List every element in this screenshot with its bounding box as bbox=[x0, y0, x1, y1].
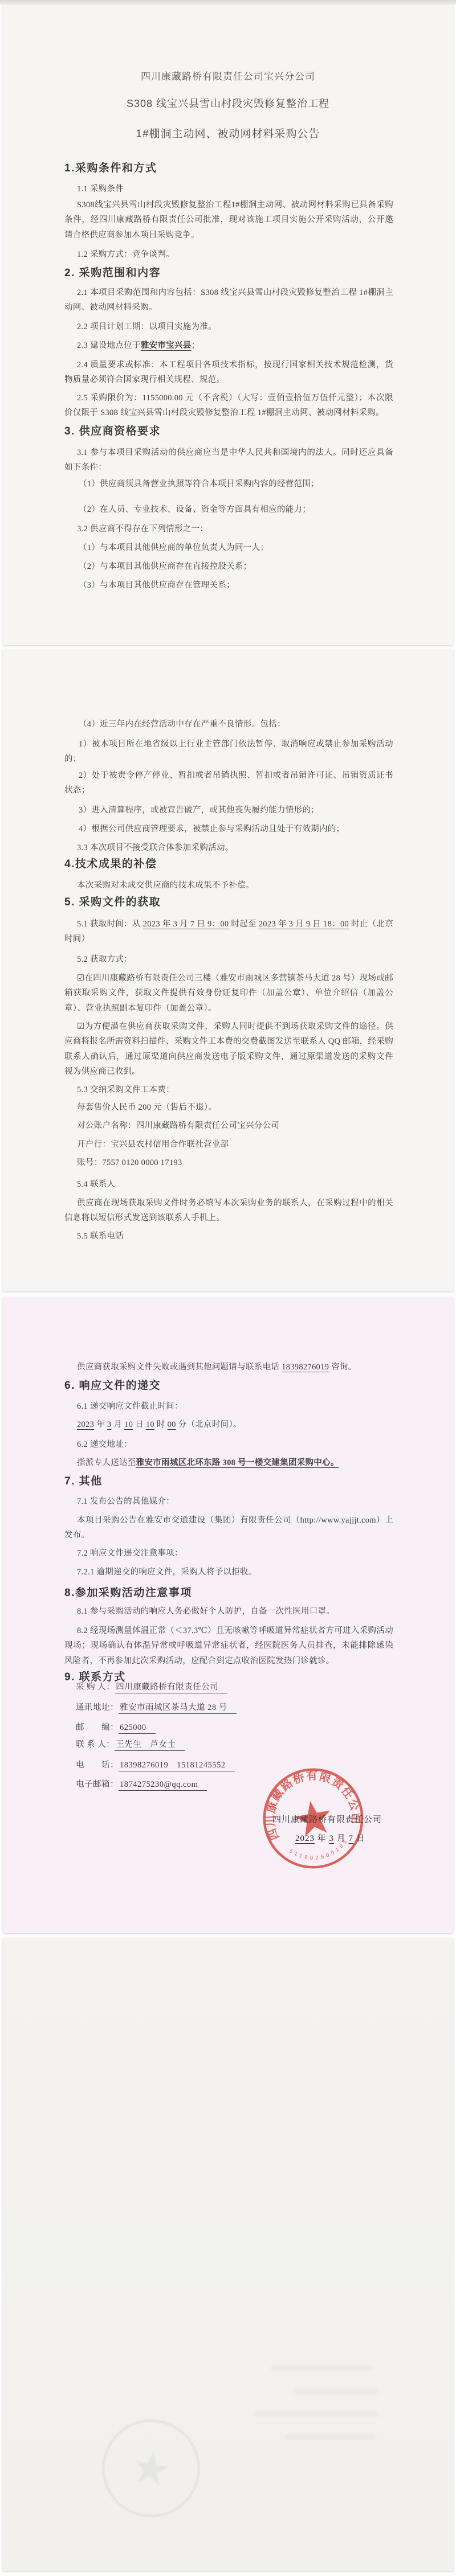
clause-3-2-item-3: （3）与本项目其他供应商存在管理关系； bbox=[64, 578, 393, 593]
clause-3-1-item-1: （1）供应商须具备营业执照等符合本项目采购内容的经营范围； bbox=[64, 477, 393, 492]
submission-address: 指派专人送达至雅安市雨城区北环东路 308 号一楼交建集团采购中心。 bbox=[64, 1455, 393, 1471]
sign-sep: 月 bbox=[334, 1834, 349, 1843]
hotline-number: 18398276019 bbox=[282, 1363, 329, 1372]
signature-company: 四川康藏路桥有限责任公司 bbox=[272, 1813, 382, 1825]
sign-sep: 日 bbox=[353, 1834, 365, 1843]
deadline-suffix: 分（北京时间）。 bbox=[176, 1420, 242, 1429]
construction-location: 雅安市宝兴县 bbox=[141, 341, 192, 350]
clause-8-1: 8.1 参与采购活动的响应人务必做好个人防护，自备一次性医用口罩。 bbox=[64, 1604, 393, 1619]
clause-2-5: 2.5 采购限价为：1155000.00 元（不含税）（大写：壹佰壹拾伍万伍仟元… bbox=[64, 391, 393, 421]
deadline-hour: 10 bbox=[146, 1420, 154, 1429]
document-fee: 每套售价人民币 200 元（售后不退）。 bbox=[64, 1100, 393, 1115]
email-value: 1874275230@qq.com bbox=[119, 1780, 207, 1791]
scanner-edge-strip bbox=[0, 0, 456, 5]
notice-title: 1#棚洞主动网、被动网材料采购公告 bbox=[3, 125, 453, 141]
hotline-suffix: 咨询。 bbox=[329, 1363, 356, 1372]
submission-deadline: 2023 年 3 月 10 日 10 时 00 分（北京时间）。 bbox=[64, 1417, 393, 1433]
bleed-through-smudge bbox=[294, 2389, 379, 2394]
clause-5-4-paragraph: 供应商在现场获取采购文件时务必填写本次采购业务的联系人，在采购过程中的相关信息将… bbox=[64, 1196, 393, 1226]
clause-3-2-item-4-sub-1: 1）被本项目所在地省级以上行业主管部门依法暂停、取消响应或禁止参加采购活动的； bbox=[64, 737, 393, 767]
deadline-sep: 日 bbox=[133, 1420, 146, 1429]
sign-day: 7 bbox=[349, 1834, 354, 1843]
section-5-heading: 5. 采购文件的获取 bbox=[64, 893, 161, 909]
address-value: 雅安市雨城区北环东路 308 号一楼交建集团采购中心。 bbox=[136, 1458, 339, 1467]
project-title: S308 线宝兴县雪山村段灾毁修复整治工程 bbox=[3, 96, 453, 110]
buyer-value: 四川康藏路桥有限责任公司 bbox=[115, 1683, 227, 1693]
deadline-sep: 月 bbox=[111, 1420, 124, 1429]
section-7-heading: 7. 其他 bbox=[64, 1472, 103, 1488]
clause-5-1: 5.1 获取时间：从 2023 年 3 月 7 日 9：00 时起至 2023 … bbox=[64, 917, 393, 947]
section-8-heading: 8.参加采购活动注意事项 bbox=[64, 1584, 192, 1599]
clause-7-1-paragraph: 本项目采购公告在雅安市交通建设（集团）有限责任公司（http://www.yaj… bbox=[64, 1513, 393, 1543]
option-2-text: 为方便潜在供应商获取采购文件，采购人同时提供不到场获取采购文件的途径。供应商将报… bbox=[64, 1022, 393, 1077]
checkbox-checked-icon: ☑ bbox=[77, 1022, 84, 1031]
obtain-start-time: 2023 年 3 月 7 日 9：00 bbox=[143, 920, 229, 929]
account-number: 账号：7557 0120 0000 17193 bbox=[64, 1155, 393, 1171]
contact-tel-row: 电 话：18398276019 15181245552 bbox=[76, 1758, 235, 1770]
deadline-minute: 00 bbox=[168, 1420, 176, 1429]
clause-8-2: 8.2 经现场测量体温正常（＜37.3℃）且无咳嗽等呼吸道异常症状者方可进入采购… bbox=[64, 1623, 393, 1669]
clause-5-4: 5.4 联系人 bbox=[64, 1177, 393, 1192]
obtain-time-middle: 时起至 bbox=[229, 920, 258, 929]
bleed-through-stamp bbox=[97, 2414, 205, 2522]
section-1-heading: 1.采购条件和方式 bbox=[64, 159, 157, 175]
clause-5-2: 5.2 获取方式： bbox=[64, 952, 393, 967]
checkbox-checked-icon: ☑ bbox=[77, 974, 84, 983]
person-value: 王先生 芦女士 bbox=[115, 1740, 185, 1751]
clause-3-2-item-2: （2）与本项目其他供应商存在直接控股关系； bbox=[64, 559, 393, 575]
obtain-end-time: 2023 年 3 月 9 日 18：00 bbox=[259, 920, 349, 929]
bank-name: 开户行：宝兴县农村信用合作联社营业部 bbox=[64, 1137, 393, 1152]
clause-2-3-prefix: 2.3 建设地点位于 bbox=[77, 341, 141, 350]
obtain-time-prefix: 5.1 获取时间：从 bbox=[77, 920, 143, 929]
clause-5-2-option-1: ☑在四川康藏路桥有限责任公司三楼（雅安市雨城区多营镇茶马大道 28 号）现场或邮… bbox=[64, 971, 393, 1016]
zip-value: 625000 bbox=[119, 1723, 156, 1734]
clause-3-3: 3.3 本次项目不接受联合体参加采购活动。 bbox=[64, 840, 393, 856]
deadline-year: 2023 bbox=[77, 1420, 94, 1429]
bleed-through-smudge bbox=[254, 2411, 379, 2417]
clause-3-1: 3.1 参与本项目采购活动的供应商应当是中华人民共和国境内的法人。同时还应具备如… bbox=[64, 445, 393, 475]
clause-5-5: 5.5 联系电话 bbox=[64, 1229, 393, 1244]
scan-page-4-blank bbox=[3, 1938, 453, 2571]
address-prefix: 指派专人送达至 bbox=[77, 1458, 136, 1467]
address-label: 通讯地址： bbox=[76, 1703, 119, 1712]
clause-7-1: 7.1 发布公告的其他媒介： bbox=[64, 1494, 393, 1509]
contact-zip-row: 邮 编：625000 bbox=[76, 1721, 156, 1733]
clause-7-2-1: 7.2.1 逾期递交的响应文件，采购人将予以拒收。 bbox=[64, 1565, 393, 1580]
deadline-sep: 时 bbox=[154, 1420, 168, 1429]
section-2-heading: 2. 采购范围和内容 bbox=[64, 264, 161, 280]
scan-page-1: 四川康藏路桥有限责任公司宝兴分公司 S308 线宝兴县雪山村段灾毁修复整治工程 … bbox=[3, 5, 453, 645]
contact-email-row: 电子邮箱：1874275230@qq.com bbox=[76, 1778, 207, 1790]
account-name: 对公账户名称：四川康藏路桥有限责任公司宝兴分公司 bbox=[64, 1118, 393, 1134]
clause-2-3-suffix: ； bbox=[192, 341, 200, 350]
clause-3-2-item-4-sub-2: 2）处于被责令停产停业、暂扣或者吊销执照、暂扣或者吊销许可证、吊销资质证书状态； bbox=[64, 768, 393, 798]
scan-page-3: 供应商获取采购文件失败或遇到其他问题请与联系电话 18398276019 咨询。… bbox=[3, 1297, 453, 1933]
section-6-heading: 6. 响应文件的递交 bbox=[64, 1377, 161, 1392]
option-1-text: 在四川康藏路桥有限责任公司三楼（雅安市雨城区多营镇茶马大道 28 号）现场或邮箱… bbox=[64, 974, 393, 1013]
clause-1-2: 1.2 采购方式：竞争谈判。 bbox=[64, 247, 393, 262]
clause-3-2: 3.2 供应商不得存在下列情形之一： bbox=[64, 522, 393, 537]
clause-1-1-paragraph: S308线宝兴县雪山村段灾毁修复整治工程1#棚洞主动网、被动网材料采购已具备采购… bbox=[64, 198, 393, 243]
clause-3-2-item-4-sub-3: 3）进入清算程序，或被宣告破产，或其他丧失履约能力情形的； bbox=[64, 803, 393, 818]
section-4-heading: 4.技术成果的补偿 bbox=[64, 855, 157, 871]
email-label: 电子邮箱： bbox=[76, 1780, 119, 1789]
clause-2-2: 2.2 项目计划工期：以项目实施为准。 bbox=[64, 319, 393, 335]
clause-2-4: 2.4 质量要求或标准：本工程项目各项技术指标，按现行国家相关技术规范检测，货物… bbox=[64, 358, 393, 388]
clause-6-2: 6.2 递交地址： bbox=[64, 1437, 393, 1453]
scan-page-2: （4）近三年内在经营活动中存在严重不良情形。包括： 1）被本项目所在地省级以上行… bbox=[3, 650, 453, 1291]
clause-1-1: 1.1 采购条件 bbox=[64, 182, 393, 197]
contact-person-row: 联 系 人：王先生 芦女士 bbox=[76, 1738, 185, 1750]
signature-date: 2023 年 3 月 7 日 bbox=[295, 1832, 365, 1844]
zip-label: 邮 编： bbox=[76, 1723, 119, 1732]
clause-2-1: 2.1 本项目采购范围和内容包括：S308 线宝兴县雪山村段灾毁修复整治工程 1… bbox=[64, 285, 393, 315]
clause-5-3: 5.3 交纳采购文件工本费： bbox=[64, 1082, 393, 1098]
clause-3-1-item-2: （2）在人员、专业技术、设备、资金等方面具有相应的能力； bbox=[64, 502, 393, 518]
buyer-label: 采 购 人： bbox=[76, 1683, 115, 1692]
person-label: 联 系 人： bbox=[76, 1740, 115, 1749]
contact-address-row: 通讯地址：雅安市雨城区茶马大道 28 号 bbox=[76, 1701, 237, 1713]
hotline-prefix: 供应商获取采购文件失败或遇到其他问题请与联系电话 bbox=[77, 1363, 282, 1372]
deadline-sep: 年 bbox=[94, 1420, 107, 1429]
tel-value: 18398276019 15181245552 bbox=[119, 1761, 235, 1771]
sign-year: 2023 bbox=[295, 1834, 315, 1843]
clause-3-2-item-1: （1）与本项目其他供应商的单位负责人为同一人； bbox=[64, 540, 393, 556]
sign-sep: 年 bbox=[315, 1834, 329, 1843]
section-3-heading: 3. 供应商资格要求 bbox=[64, 423, 161, 438]
contact-buyer-row: 采 购 人：四川康藏路桥有限责任公司 bbox=[76, 1680, 227, 1692]
clause-7-2: 7.2 响应文件递交注意事项： bbox=[64, 1546, 393, 1561]
bleed-through-smudge bbox=[285, 2434, 376, 2439]
hotline-note: 供应商获取采购文件失败或遇到其他问题请与联系电话 18398276019 咨询。 bbox=[64, 1360, 393, 1375]
clause-5-2-option-2: ☑为方便潜在供应商获取采购文件，采购人同时提供不到场获取采购文件的途径。供应商将… bbox=[64, 1019, 393, 1080]
company-title: 四川康藏路桥有限责任公司宝兴分公司 bbox=[3, 68, 453, 83]
clause-3-2-item-4-sub-4: 4）根据公司供应商管理要求，被禁止参与采购活动且处于有效期内的； bbox=[64, 822, 393, 837]
clause-3-2-item-4: （4）近三年内在经营活动中存在严重不良情形。包括： bbox=[64, 717, 393, 732]
address-value: 雅安市雨城区茶马大道 28 号 bbox=[119, 1703, 237, 1714]
clause-4-paragraph: 本次采购对未成交供应商的技术成果不予补偿。 bbox=[64, 878, 393, 893]
clause-6-1: 6.1 递交响应文件截止时间： bbox=[64, 1399, 393, 1414]
sign-month: 3 bbox=[329, 1834, 335, 1843]
clause-2-3: 2.3 建设地点位于雅安市宝兴县； bbox=[64, 338, 393, 354]
bleed-through-smudge bbox=[271, 2366, 373, 2371]
deadline-day: 10 bbox=[124, 1420, 133, 1429]
tel-label: 电 话： bbox=[76, 1761, 119, 1770]
